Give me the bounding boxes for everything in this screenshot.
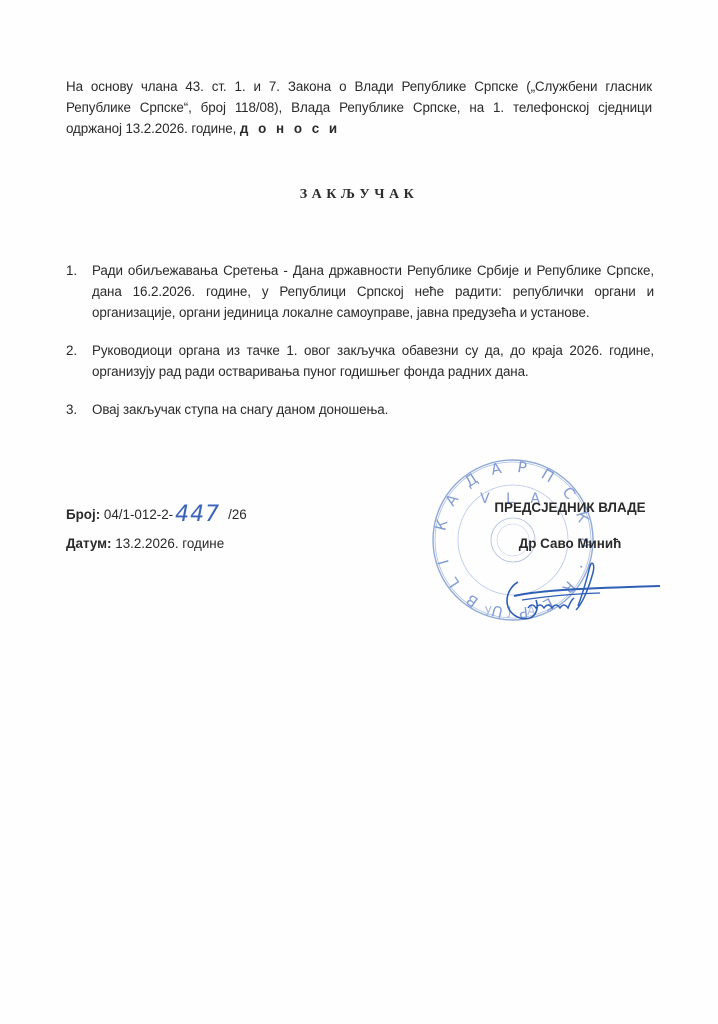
document-title: ЗАКЉУЧАК [0,187,718,203]
conclusion-items: 1. Ради обиљежавања Сретења - Дана држав… [66,260,654,437]
item-number: 2. [66,340,77,361]
preamble-text: На основу члана 43. ст. 1. и 7. Закона о… [66,79,652,136]
item-number: 3. [66,399,77,420]
list-item: 2. Руководиоци органа из тачке 1. овог з… [66,340,654,382]
date-label: Датум: [66,536,112,551]
item-number: 1. [66,260,77,281]
preamble-paragraph: На основу члана 43. ст. 1. и 7. Закона о… [66,76,652,139]
reference-label: Број: [66,507,100,522]
item-text: Руководиоци органа из тачке 1. овог закљ… [92,343,654,379]
list-item: 1. Ради обиљежавања Сретења - Дана држав… [66,260,654,323]
item-text: Овај закључак ступа на снагу даном донош… [92,402,388,417]
handwritten-number: 447 [175,502,220,527]
handwritten-signature-icon [500,560,665,630]
document-date: Датум: 13.2.2026. године [66,536,224,551]
signatory-role: ПРЕДСЈЕДНИК ВЛАДЕ [490,500,650,515]
reference-prefix: 04/1-012-2- [104,507,173,522]
list-item: 3. Овај закључак ступа на снагу даном до… [66,399,654,420]
date-value: 13.2.2026. године [115,536,224,551]
document-page: На основу члана 43. ст. 1. и 7. Закона о… [0,0,718,1024]
reference-suffix: /26 [228,507,247,522]
item-text: Ради обиљежавања Сретења - Дана државнос… [92,263,654,320]
reference-number: Број: 04/1-012-2-447/26 [66,500,247,525]
signatory-name: Др Саво Минић [490,536,650,551]
preamble-emphasis: д о н о с и [240,121,340,136]
